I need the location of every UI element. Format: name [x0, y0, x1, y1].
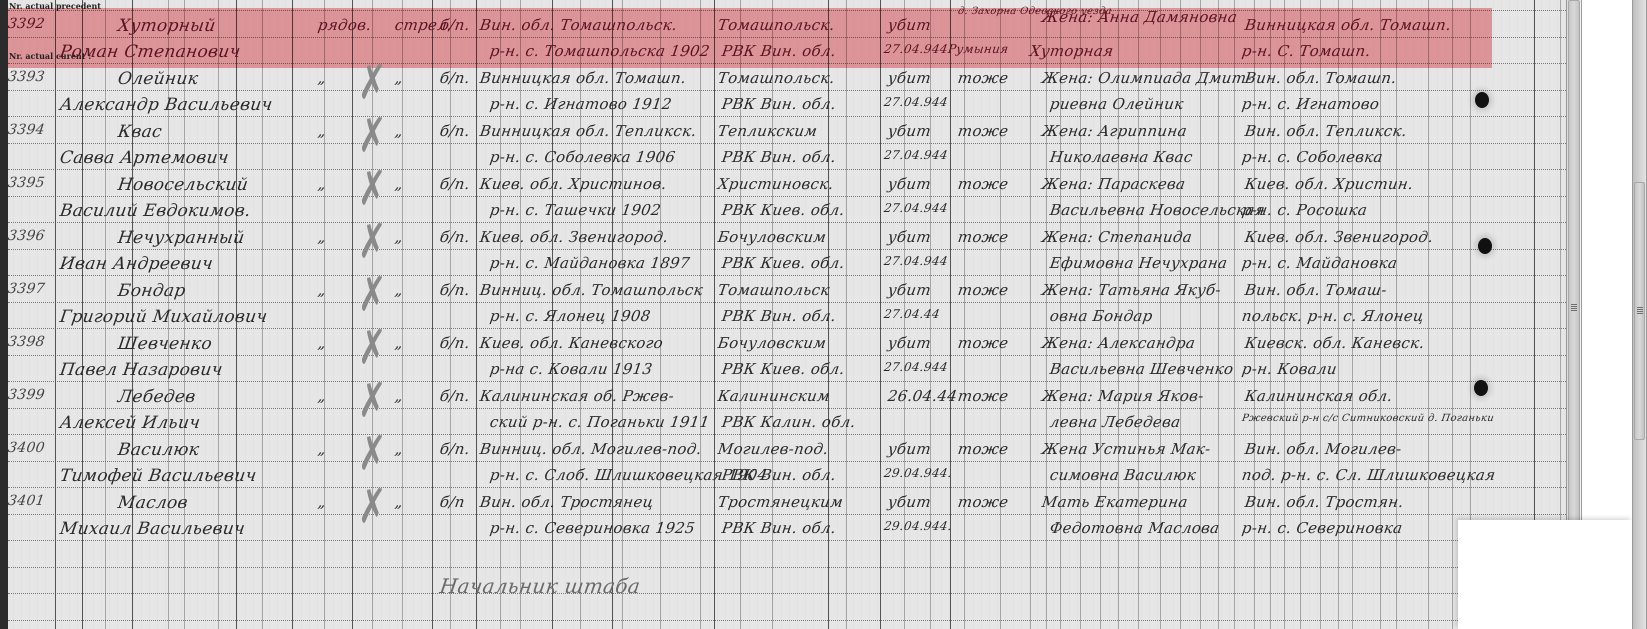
record-surname: Бондар: [117, 281, 187, 301]
grid-column-line: [476, 0, 477, 629]
record-relative-line1: Жена Устинья Мак-: [1041, 440, 1212, 458]
grid-column-line: [950, 0, 951, 629]
record-given-names: Иван Андреевич: [59, 254, 215, 274]
strike-mark: ✗: [358, 55, 387, 111]
record-fate-line2: 29.04.944.: [883, 519, 953, 533]
record-relative-line2: Федотовна Маслова: [1049, 519, 1221, 537]
record-relative-line1: Жена: Олимпиада Дмит-: [1041, 69, 1253, 87]
record-address-line2: р-н. с. Росошка: [1241, 201, 1369, 219]
grid-row-line: [8, 381, 1566, 382]
record-draft-line1: Тростянецким: [717, 493, 845, 511]
grid-column-line: [1452, 0, 1453, 629]
record-relative-line1: Жена: Агриппина: [1041, 122, 1188, 140]
record-birthplace-line1: Вин. обл. Тростянец: [479, 493, 655, 511]
record-burial-line1: тоже: [957, 387, 1010, 405]
record-number: 3400: [7, 440, 46, 456]
record-address-line2: р-н. С. Томашп.: [1241, 42, 1372, 60]
record-surname: Олейник: [117, 69, 200, 89]
window-vertical-scrollbar[interactable]: [1632, 0, 1647, 629]
record-party: б/п.: [439, 16, 471, 34]
page-edge-shadow: [0, 0, 8, 629]
record-draft-line1: Могилев-под.: [717, 440, 830, 458]
grid-column-line: [1000, 0, 1001, 629]
record-party: б/п.: [439, 122, 471, 140]
grid-row-line: [8, 249, 1566, 250]
record-draft-line1: Калининским: [717, 387, 831, 405]
strike-mark: ✗: [358, 479, 387, 535]
record-number: 3394: [7, 122, 46, 138]
record-relative-line2: овна Бондар: [1049, 307, 1154, 325]
grid-row-line: [8, 328, 1566, 329]
grid-row-line: [8, 116, 1566, 117]
record-fate-line1: убит: [887, 69, 932, 87]
record-surname: Шевченко: [117, 334, 214, 354]
grid-row-line: [8, 222, 1566, 223]
record-draft-line2: РВК Вин. обл.: [721, 42, 838, 60]
record-given-names: Александр Васильевич: [59, 95, 274, 115]
record-address-line1: Киевск. обл. Каневск.: [1244, 334, 1426, 352]
record-relative-line1: Жена: Анна Дамяновна: [1041, 8, 1239, 26]
grid-row-line: [8, 302, 1566, 303]
record-birthplace-line1: Калининская об. Ржев-: [479, 387, 676, 405]
record-fate-line1: убит: [887, 228, 932, 246]
record-address-line1: Винницкая обл. Томашп.: [1244, 16, 1453, 34]
record-birthplace-line2: ский р-н. с. Поганьки 1911: [489, 413, 711, 431]
record-address-line1: Киев. обл. Христин.: [1244, 175, 1415, 193]
record-birthplace-line1: Вин. обл. Томашпольск.: [479, 16, 679, 34]
strike-mark: ✗: [358, 320, 387, 376]
record-surname: Хуторный: [117, 16, 217, 36]
record-given-names: Тимофей Васильевич: [59, 466, 258, 486]
record-draft-line1: Христиновск.: [717, 175, 835, 193]
strike-mark: ✗: [358, 267, 387, 323]
record-burial-line1: тоже: [957, 228, 1010, 246]
grid-row-line: [8, 90, 1566, 91]
strike-mark: ✗: [358, 214, 387, 270]
record-address-line1: Калининская обл.: [1244, 387, 1394, 405]
grid-row-line: [8, 487, 1566, 488]
record-draft-line2: РВК Киев. обл.: [721, 201, 846, 219]
strike-mark: ✗: [358, 161, 387, 217]
record-fate-line1: убит: [887, 440, 932, 458]
record-draft-line2: РВК Вин. обл.: [721, 466, 838, 484]
record-draft-line2: РВК Вин. обл.: [721, 148, 838, 166]
record-address-line2: польск. р-н. с. Ялонец: [1241, 307, 1425, 325]
record-relative-line2: Васильевна Новосельская: [1049, 201, 1266, 219]
grid-column-line: [292, 0, 293, 629]
grid-row-line: [8, 461, 1566, 462]
record-fate-line1: убит: [887, 281, 932, 299]
grid-row-line: [8, 567, 1566, 568]
record-draft-line1: Бочуловским: [717, 334, 828, 352]
record-party: б/п.: [439, 334, 471, 352]
record-burial-line1: тоже: [957, 493, 1010, 511]
record-relative-line1: Жена: Параскева: [1041, 175, 1187, 193]
record-fate-line1: убит: [887, 122, 932, 140]
punch-hole: [1478, 238, 1492, 254]
record-rank: рядов.: [317, 16, 373, 34]
record-party: б/п.: [439, 281, 471, 299]
record-draft-line2: РВК Вин. обл.: [721, 519, 838, 537]
record-birthplace-line2: р-н. с. Томашпольска 1902: [489, 42, 711, 60]
record-fate-line1: убит: [887, 16, 932, 34]
record-party: б/п.: [439, 387, 471, 405]
record-address-line2: Ржевский р-н с/с Ситниковский д. Поганьк…: [1241, 413, 1495, 424]
record-fate-line2: 29.04.944.: [883, 466, 953, 480]
record-relative-line2: левна Лебедева: [1049, 413, 1182, 431]
record-address-line2: под. р-н. с. Сл. Шлишковецкая: [1241, 466, 1497, 484]
record-number: 3392: [7, 16, 46, 32]
grid-row-line: [8, 434, 1566, 435]
record-surname: Лебедев: [117, 387, 197, 407]
record-burial-line1: тоже: [957, 334, 1010, 352]
grid-column-line: [402, 0, 403, 629]
record-address-line1: Вин. обл. Могилев-: [1244, 440, 1403, 458]
grid-row-line: [8, 355, 1566, 356]
punch-hole: [1474, 380, 1488, 396]
record-party: б/п.: [439, 228, 471, 246]
record-address-line2: р-н. с. Соболевка: [1241, 148, 1384, 166]
record-number: 3396: [7, 228, 46, 244]
record-given-names: Алексей Ильич: [59, 413, 202, 433]
record-number: 3399: [7, 387, 46, 403]
record-surname: Квас: [117, 122, 164, 142]
record-birthplace-line1: Киев. обл. Каневского: [479, 334, 665, 352]
record-draft-line2: РВК Вин. обл.: [721, 95, 838, 113]
grid-column-line: [352, 0, 353, 629]
grid-row-line: [8, 540, 1566, 541]
record-number: 3398: [7, 334, 46, 350]
scrollbar-thumb[interactable]: [1634, 182, 1645, 440]
record-burial-line1: тоже: [957, 281, 1010, 299]
strike-mark: ✗: [358, 426, 387, 482]
record-surname: Новосельский: [117, 175, 250, 195]
record-birthplace-line2: р-на с. Ковали 1913: [489, 360, 654, 378]
grid-column-line: [1046, 0, 1047, 629]
grid-row-line: [8, 408, 1566, 409]
record-birthplace-line2: р-н. с. Соболевка 1906: [489, 148, 677, 166]
record-birthplace-line2: р-н. с. Ялонец 1908: [489, 307, 652, 325]
record-relative-line2: Ефимовна Нечухрана: [1049, 254, 1229, 272]
record-relative-line1: Жена: Татьяна Якуб-: [1041, 281, 1222, 299]
record-number: 3393: [7, 69, 46, 85]
grid-column-line: [324, 0, 325, 629]
grid-column-line: [1234, 0, 1235, 629]
record-draft-line2: РВК Калин. обл.: [721, 413, 857, 431]
record-burial-line1: тоже: [957, 440, 1010, 458]
record-relative-line2: Хуторная: [1029, 42, 1115, 60]
record-relative-line1: Жена: Мария Яков-: [1041, 387, 1205, 405]
record-burial-line1: тоже: [957, 122, 1010, 140]
record-address-line2: р-н. с. Игнатово: [1241, 95, 1381, 113]
record-address-line1: Вин. обл. Томаш-: [1244, 281, 1388, 299]
grid-column-line: [964, 0, 965, 629]
record-fate-line2: 27.04.944: [883, 148, 949, 162]
grid-column-line: [450, 0, 451, 629]
record-birthplace-line1: Винниц. обл. Томашпольск: [479, 281, 705, 299]
record-fate-line1: убит: [887, 175, 932, 193]
grid-row-line: [8, 196, 1566, 197]
record-given-names: Василий Евдокимов.: [59, 201, 252, 221]
scanned-document-viewport[interactable]: Nr. actual precedent Nr. actual curent :…: [0, 0, 1566, 629]
blank-panel: [1458, 520, 1632, 629]
strike-mark: ✗: [358, 373, 387, 429]
record-party: б/п.: [439, 69, 471, 87]
record-relative-line2: риевна Олейник: [1049, 95, 1185, 113]
grip-icon: [1637, 307, 1643, 315]
record-draft-line1: Бочуловским: [717, 228, 828, 246]
record-fate-line1: убит: [887, 493, 932, 511]
record-birthplace-line1: Киев. обл. Христинов.: [479, 175, 668, 193]
record-burial-line2: Румыния: [947, 42, 1009, 56]
record-given-names: Роман Степанович: [59, 42, 242, 62]
record-number: 3395: [7, 175, 46, 191]
record-fate-line2: 27.04.944: [883, 95, 949, 109]
record-address-line1: Киев. обл. Звенигород.: [1244, 228, 1435, 246]
record-given-names: Савва Артемович: [59, 148, 230, 168]
record-address-line1: Вин. обл. Тепликск.: [1244, 122, 1408, 140]
punch-hole: [1475, 92, 1489, 108]
record-burial-line1: тоже: [957, 69, 1010, 87]
record-fate-line1: 26.04.44: [887, 387, 959, 405]
record-given-names: Михаил Васильевич: [59, 519, 247, 539]
record-address-line1: Вин. обл. Томашп.: [1244, 69, 1398, 87]
margin-label-precedent: Nr. actual precedent: [9, 1, 101, 11]
grid-row-line: [8, 275, 1566, 276]
record-relative-line2: Васильевна Шевченко: [1049, 360, 1235, 378]
record-number: 3397: [7, 281, 46, 297]
record-birthplace-line1: Киев. обл. Звенигород.: [479, 228, 670, 246]
strike-mark: ✗: [358, 108, 387, 164]
grid-row-line: [8, 169, 1566, 170]
record-party: б/п.: [439, 440, 471, 458]
grid-row-line: [8, 514, 1566, 515]
record-fate-line1: убит: [887, 334, 932, 352]
grid-column-line: [432, 0, 433, 629]
grid-column-line: [714, 0, 715, 629]
grid-column-line: [846, 0, 847, 629]
record-number: 3401: [7, 493, 46, 509]
record-fate-line2: 27.04.944: [883, 254, 949, 268]
record-relative-line2: симовна Василюк: [1049, 466, 1198, 484]
record-birthplace-line2: р-н. с. Ташечки 1902: [489, 201, 662, 219]
record-party: б/п: [439, 493, 466, 511]
record-burial-line1: тоже: [957, 175, 1010, 193]
record-fate-line2: 27.04.44: [883, 307, 941, 321]
record-relative-line1: Мать Екатерина: [1041, 493, 1189, 511]
grid-row-line: [8, 143, 1566, 144]
record-birthplace-line1: Винниц. обл. Могилев-под.: [479, 440, 703, 458]
grid-column-line: [1428, 0, 1429, 629]
record-birthplace-line1: Винницкая обл. Тепликск.: [479, 122, 698, 140]
record-relative-line2: Николаевна Квас: [1049, 148, 1194, 166]
record-surname: Маслов: [117, 493, 190, 513]
record-birthplace-line1: Винницкая обл. Томашп.: [479, 69, 688, 87]
grid-row-line: [8, 620, 1566, 621]
record-party: б/п.: [439, 175, 471, 193]
record-address-line2: р-н. с. Майдановка: [1241, 254, 1399, 272]
record-draft-line2: РВК Киев. обл.: [721, 254, 846, 272]
record-fate-line2: 27.04.944: [883, 360, 949, 374]
grid-column-line: [55, 0, 56, 629]
grid-column-line: [700, 0, 701, 629]
grid-row-line: [8, 593, 1566, 594]
grid-column-line: [880, 0, 881, 629]
record-address-line2: р-н. с. Северинoвка: [1241, 519, 1404, 537]
record-surname: Василюк: [117, 440, 201, 460]
record-fate-line2: 27.04.944: [883, 201, 949, 215]
record-birthplace-line2: р-н. с. Игнатово 1912: [489, 95, 673, 113]
footer-signature: Начальник штаба: [438, 574, 642, 598]
record-given-names: Григорий Михайлович: [59, 307, 269, 327]
record-fate-line2: 27.04.944: [883, 42, 949, 56]
record-address-line2: р-н. Ковали: [1241, 360, 1338, 378]
grid-column-line: [1030, 0, 1031, 629]
record-draft-line1: Томашпольск.: [717, 69, 836, 87]
record-draft-line1: Тепликским: [717, 122, 819, 140]
record-draft-line1: Томашпольск: [717, 281, 831, 299]
record-surname: Нечухранный: [117, 228, 246, 248]
record-birthplace-line2: р-н. с. Майдановка 1897: [489, 254, 691, 272]
record-relative-line1: Жена: Степанида: [1041, 228, 1194, 246]
record-draft-line1: Томашпольск.: [717, 16, 836, 34]
record-draft-line2: РВК Киев. обл.: [721, 360, 846, 378]
grip-icon: [1571, 304, 1577, 312]
record-birthplace-line2: р-н. с. Северинoвка 1925: [489, 519, 696, 537]
record-address-line1: Вин. обл. Тростян.: [1244, 493, 1405, 511]
record-draft-line2: РВК Вин. обл.: [721, 307, 838, 325]
record-given-names: Павел Назарович: [59, 360, 224, 380]
record-relative-line1: Жена: Александра: [1041, 334, 1197, 352]
